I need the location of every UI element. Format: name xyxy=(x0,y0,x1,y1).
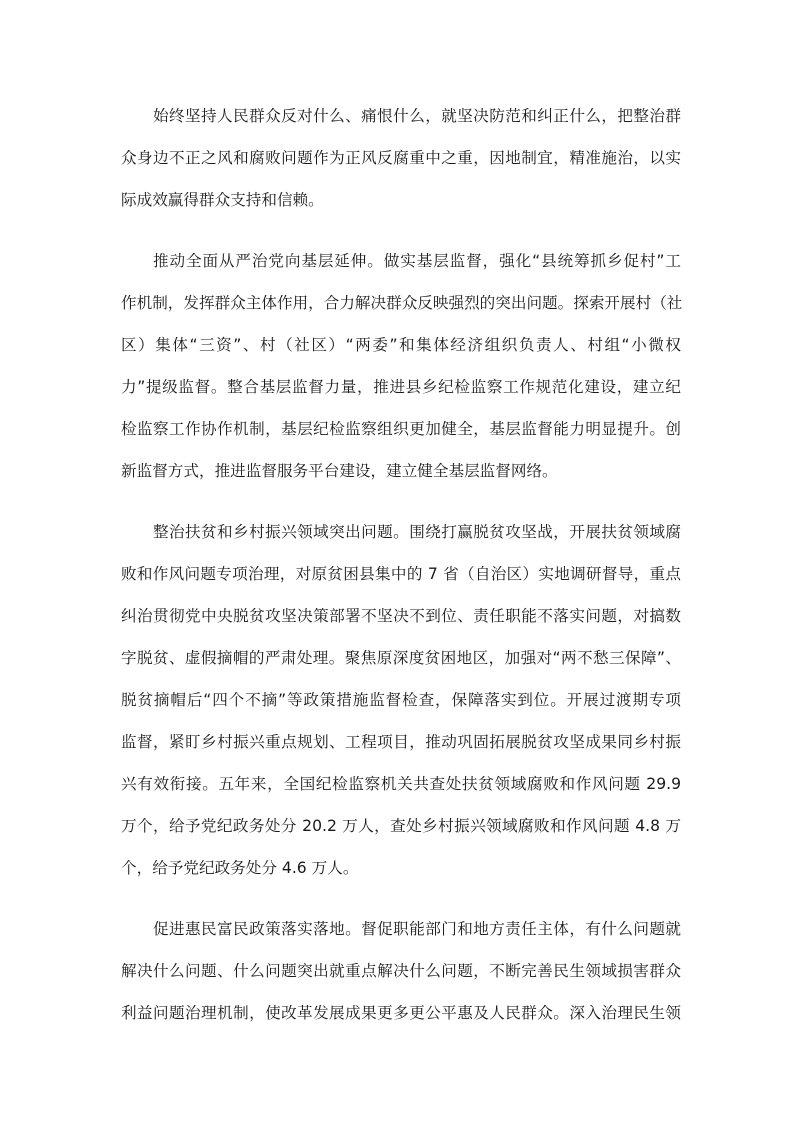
text-line: 万个，给予党纪政务处分 20.2 万人，查处乡村振兴领域腐败和作风问题 4.8 … xyxy=(121,814,681,856)
text-line: 整治扶贫和乡村振兴领域突出问题。围绕打赢脱贫攻坚战，开展扶贫领域腐 xyxy=(121,520,681,562)
text-line: 力”提级监督。整合基层监督力量，推进县乡纪检监察工作规范化建设，建立纪 xyxy=(121,375,681,417)
text-line: 作机制，发挥群众主体作用，合力解决群众反映强烈的突出问题。探索开展村（社 xyxy=(121,291,681,333)
text-line: 始终坚持人民群众反对什么、痛恨什么，就坚决防范和纠正什么，把整治群 xyxy=(121,104,681,146)
text-line: 兴有效衔接。五年来，全国纪检监察机关共查处扶贫领域腐败和作风问题 29.9 xyxy=(121,772,681,814)
text-line: 检监察工作协作机制，基层纪检监察组织更加健全，基层监督能力明显提升。创 xyxy=(121,417,681,459)
document-body: 始终坚持人民群众反对什么、痛恨什么，就坚决防范和纠正什么，把整治群 众身边不正之… xyxy=(121,104,681,1062)
paragraph-livelihood-policies: 促进惠民富民政策落实落地。督促职能部门和地方责任主体，有什么问题就 解决什么问题… xyxy=(121,917,681,1043)
text-line: 众身边不正之风和腐败问题作为正风反腐重中之重，因地制宜，精准施治，以实 xyxy=(121,146,681,188)
text-line: 区）集体“三资”、村（社区）“两委”和集体经济组织负责人、村组“小微权 xyxy=(121,333,681,375)
paragraph-poverty-alleviation: 整治扶贫和乡村振兴领域突出问题。围绕打赢脱贫攻坚战，开展扶贫领域腐 败和作风问题… xyxy=(121,520,681,898)
text-line: 败和作风问题专项治理，对原贫困县集中的 7 省（自治区）实地调研督导，重点 xyxy=(121,562,681,604)
document-page: 始终坚持人民群众反对什么、痛恨什么，就坚决防范和纠正什么，把整治群 众身边不正之… xyxy=(0,0,800,1131)
text-line: 监督，紧盯乡村振兴重点规划、工程项目，推动巩固拓展脱贫攻坚成果同乡村振 xyxy=(121,730,681,772)
paragraph-grassroots-supervision: 推动全面从严治党向基层延伸。做实基层监督，强化“县统筹抓乡促村”工 作机制，发挥… xyxy=(121,249,681,501)
text-line: 解决什么问题、什么问题突出就重点解决什么问题，不断完善民生领域损害群众 xyxy=(121,959,681,1001)
text-line: 新监督方式，推进监督服务平台建设，建立健全基层监督网络。 xyxy=(121,459,681,501)
text-line: 利益问题治理机制，使改革发展成果更多更公平惠及人民群众。深入治理民生领 xyxy=(121,1001,681,1043)
text-line: 纠治贯彻党中央脱贫攻坚决策部署不坚决不到位、责任职能不落实问题，对搞数 xyxy=(121,604,681,646)
text-line: 推动全面从严治党向基层延伸。做实基层监督，强化“县统筹抓乡促村”工 xyxy=(121,249,681,291)
text-line: 个，给予党纪政务处分 4.6 万人。 xyxy=(121,856,681,898)
text-line: 脱贫摘帽后“四个不摘”等政策措施监督检查，保障落实到位。开展过渡期专项 xyxy=(121,688,681,730)
text-line: 字脱贫、虚假摘帽的严肃处理。聚焦原深度贫困地区，加强对“两不愁三保障”、 xyxy=(121,646,681,688)
text-line: 促进惠民富民政策落实落地。督促职能部门和地方责任主体，有什么问题就 xyxy=(121,917,681,959)
paragraph-mass-concerns: 始终坚持人民群众反对什么、痛恨什么，就坚决防范和纠正什么，把整治群 众身边不正之… xyxy=(121,104,681,230)
text-line: 际成效赢得群众支持和信赖。 xyxy=(121,188,681,230)
